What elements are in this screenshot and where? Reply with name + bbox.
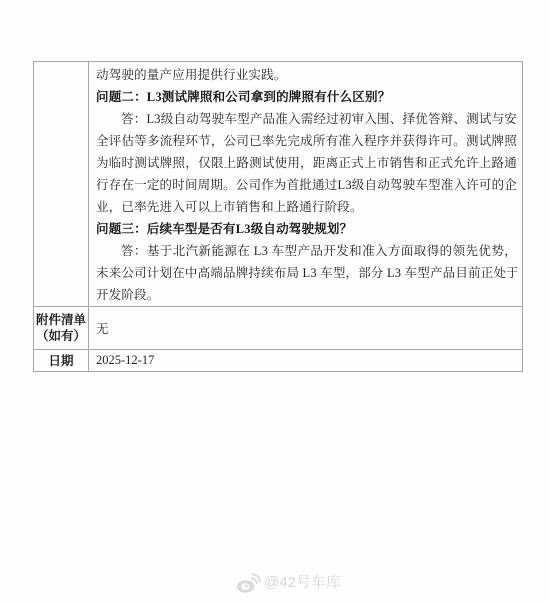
qa-line: 行存在一定的时间周期。公司作为首批通过L3级自动驾驶车型准入许可的企 xyxy=(96,174,517,196)
date-label: 日期 xyxy=(34,350,89,371)
attachment-label-line1: 附件清单 xyxy=(36,312,86,328)
table-row-attachments: 附件清单 （如有） 无 xyxy=(34,306,522,349)
watermark-text: @42号车库 xyxy=(264,572,341,594)
attachment-value: 无 xyxy=(89,307,522,349)
qa-line: 开发阶段。 xyxy=(96,284,517,306)
qa-line: 问题三：后续车型是否有L3级自动驾驶规划？ xyxy=(96,218,517,240)
qa-line: 全评估等多流程环节，公司已率先完成所有准入程序并获得许可。测试牌照 xyxy=(96,130,517,152)
watermark: @42号车库 xyxy=(236,572,341,594)
date-value: 2025-12-17 xyxy=(89,350,522,371)
qa-row-label-cell-empty xyxy=(34,62,89,306)
attachment-label-line2: （如有） xyxy=(36,328,86,344)
attachment-label: 附件清单 （如有） xyxy=(34,307,89,349)
qa-content-lines: 动驾驶的量产应用提供行业实践。问题二：L3测试牌照和公司拿到的牌照有什么区别？答… xyxy=(96,64,517,306)
weibo-icon xyxy=(236,572,261,594)
qa-table: 动驾驶的量产应用提供行业实践。问题二：L3测试牌照和公司拿到的牌照有什么区别？答… xyxy=(33,61,523,372)
qa-content-cell: 动驾驶的量产应用提供行业实践。问题二：L3测试牌照和公司拿到的牌照有什么区别？答… xyxy=(89,62,522,306)
qa-line: 答：基于北汽新能源在 L3 车型产品开发和准入方面取得的领先优势， xyxy=(96,240,517,262)
qa-line: 问题二：L3测试牌照和公司拿到的牌照有什么区别？ xyxy=(96,86,517,108)
table-row-date: 日期 2025-12-17 xyxy=(34,349,522,371)
qa-line: 答：L3级自动驾驶车型产品准入需经过初审入围、择优答辩、测试与安 xyxy=(96,108,517,130)
qa-line: 业，已率先进入可以上市销售和上路通行阶段。 xyxy=(96,196,517,218)
qa-line: 为临时测试牌照，仅限上路测试使用，距离正式上市销售和正式允许上路通 xyxy=(96,152,517,174)
table-row-qa: 动驾驶的量产应用提供行业实践。问题二：L3测试牌照和公司拿到的牌照有什么区别？答… xyxy=(34,62,522,306)
document-page: 动驾驶的量产应用提供行业实践。问题二：L3测试牌照和公司拿到的牌照有什么区别？答… xyxy=(0,0,550,604)
qa-line: 动驾驶的量产应用提供行业实践。 xyxy=(96,64,517,86)
qa-line: 未来公司计划在中高端品牌持续布局 L3 车型，部分 L3 车型产品目前正处于 xyxy=(96,262,517,284)
